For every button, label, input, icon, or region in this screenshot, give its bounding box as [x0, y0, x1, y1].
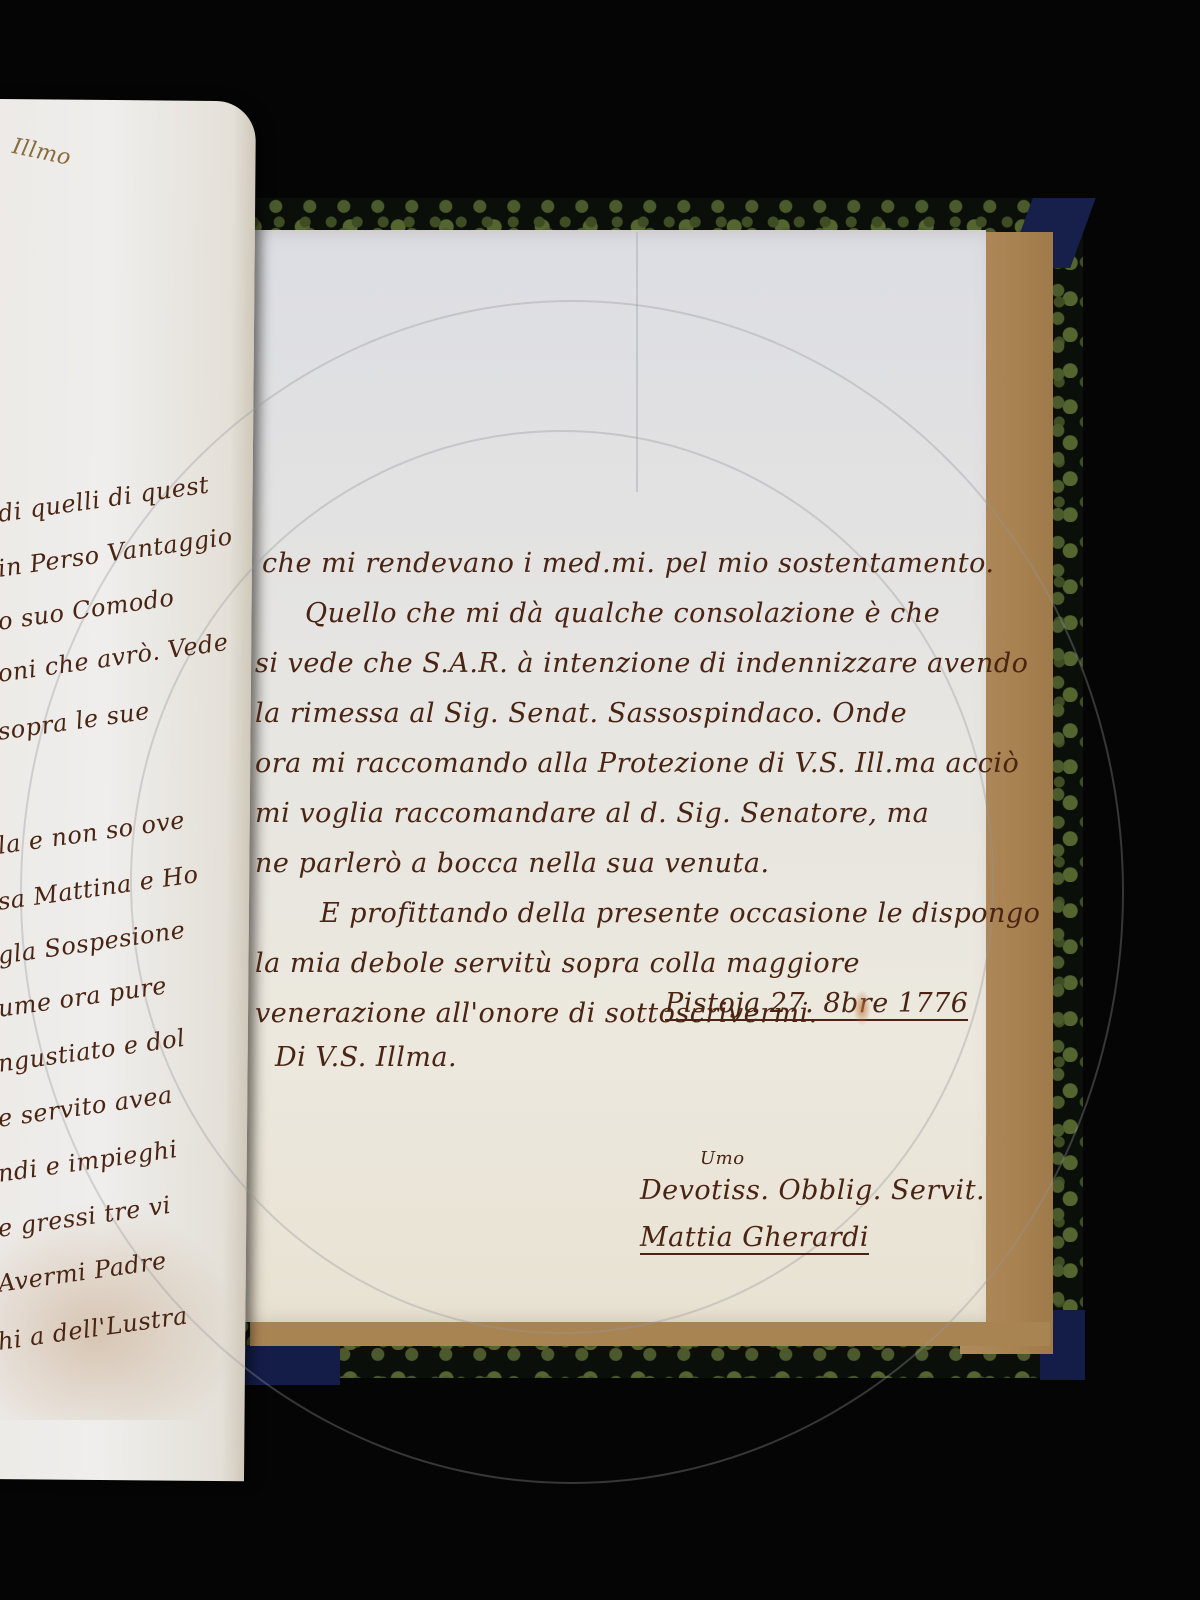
page-fold-crease	[636, 232, 638, 492]
place-date: Pistoja 27. 8bre 1776	[665, 988, 968, 1019]
letter-line: ne parlerò a bocca nella sua venuta.	[255, 848, 770, 879]
letter-line: che mi rendevano i med.mi. pel mio soste…	[262, 548, 994, 579]
signature: Mattia Gherardi	[640, 1222, 869, 1253]
date-text: Pistoja 27. 8bre 1776	[665, 988, 968, 1021]
letter-line: ora mi raccomando alla Protezione di V.S…	[255, 748, 1019, 779]
letter-line: la mia debole servitù sopra colla maggio…	[255, 948, 860, 979]
letter-line: E profittando della presente occasione l…	[320, 898, 1040, 929]
closing: Devotiss. Obblig. Servit.	[640, 1175, 985, 1206]
letter-line: la rimessa al Sig. Senat. Sassospindaco.…	[255, 698, 907, 729]
ink-stain	[853, 990, 871, 1026]
salutation: Di V.S. Illma.	[275, 1042, 457, 1073]
closing-prefix: Umo	[700, 1148, 745, 1169]
endpaper-bottom	[250, 1322, 1050, 1346]
letter-line: mi voglia raccomandare al d. Sig. Senato…	[255, 798, 929, 829]
letter-line: Quello che mi dà qualche consolazione è …	[305, 598, 940, 629]
letter-line: si vede che S.A.R. à intenzione di inden…	[255, 648, 1028, 679]
